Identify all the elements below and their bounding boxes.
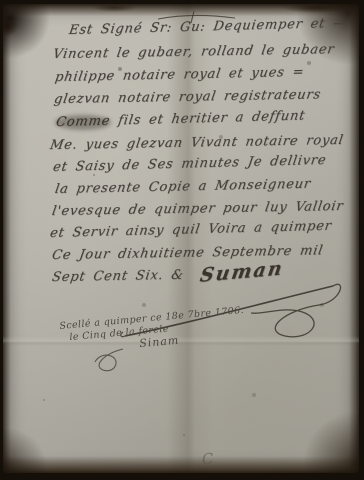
ink-stain [3,15,18,37]
paper-speckles [3,4,5,6]
photographed-manuscript: Est Signé Sr: Gu: Dequiemper et — Vincen… [0,0,364,480]
manuscript-line: Me. yues glezvan Vivant notaire royal [49,134,345,153]
manuscript-line: philippe notaire royal et yues = [54,66,305,85]
manuscript-line: Est Signé Sr: Gu: Dequiemper et — [68,17,348,38]
manuscript-line: et Saisy de Ses minutes Je dellivre [52,154,327,175]
edge-stain [283,4,349,13]
manuscript-line: et Servir ainsy quil Voira a quimper [49,220,333,241]
manuscript-page: Est Signé Sr: Gu: Dequiemper et — Vincen… [3,4,359,473]
ink-smudge [55,115,111,130]
faint-pen-mark: C [201,449,214,468]
seal-signature-flourish [89,346,135,374]
manuscript-line: l'evesque de quimper pour luy Valloir [51,200,344,219]
edge-stain [91,4,137,12]
manuscript-line: Vincent le gubaer, rolland le gubaer [52,43,335,62]
manuscript-line: la presente Copie a Monseigneur [54,178,312,197]
manuscript-line: glezvan notaire royal registrateurs [53,88,322,107]
